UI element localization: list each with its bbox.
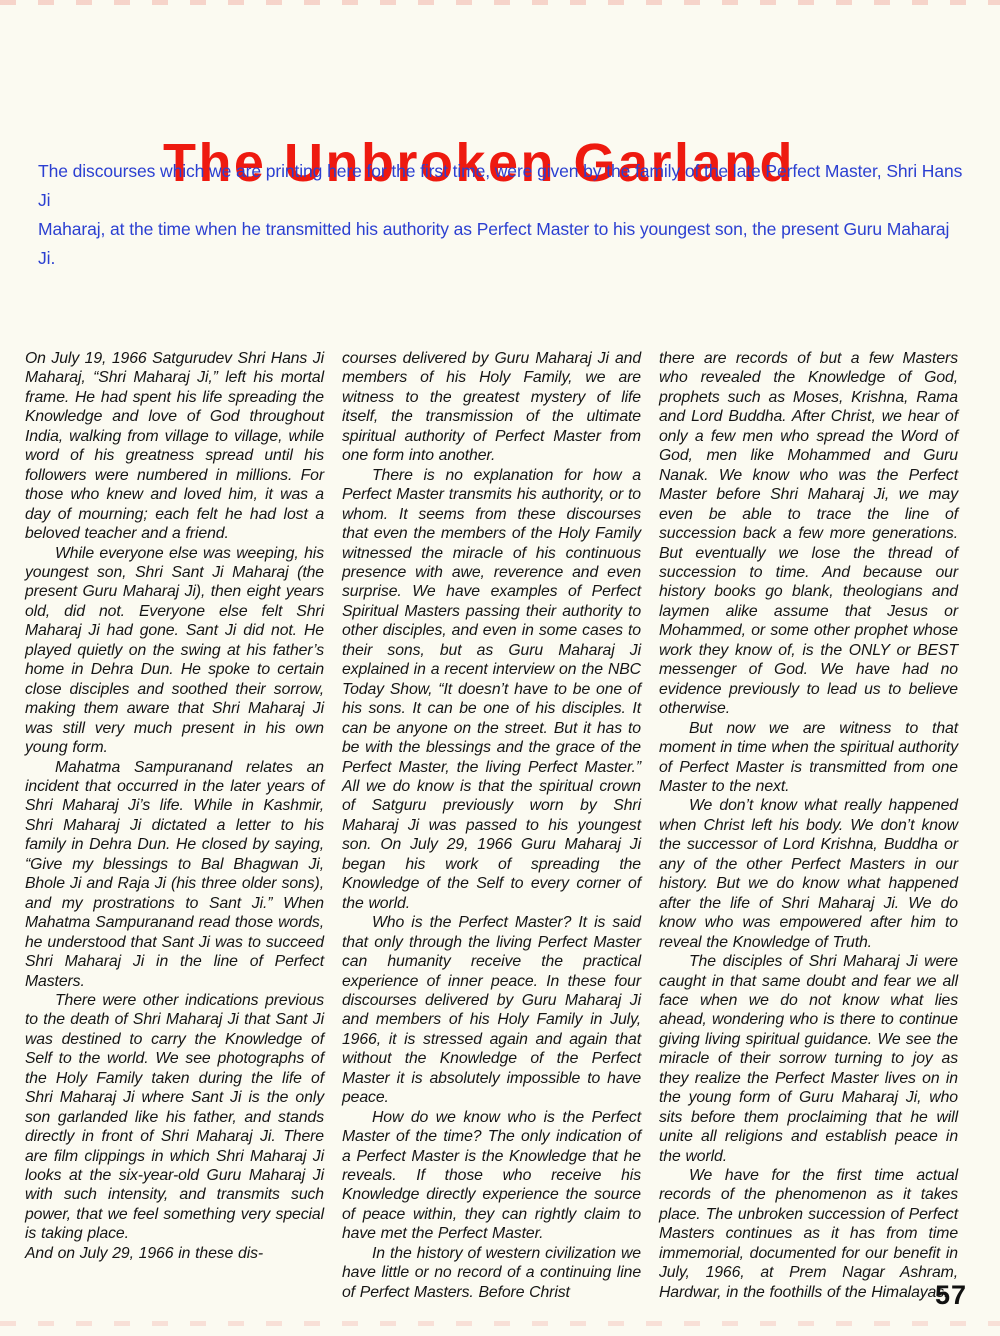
- paragraph: courses delivered by Guru Maharaj Ji and…: [342, 349, 641, 466]
- paragraph: While everyone else was weeping, his you…: [25, 544, 324, 758]
- paragraph: And on July 29, 1966 in these dis-: [25, 1244, 324, 1263]
- page-number: 57: [935, 1280, 967, 1311]
- paragraph: On July 19, 1966 Satgurudev Shri Hans Ji…: [25, 349, 324, 544]
- paragraph: There is no explanation for how a Perfec…: [342, 466, 641, 913]
- article-column-3: there are records of but a few Masters w…: [659, 349, 958, 1302]
- paragraph: there are records of but a few Masters w…: [659, 349, 958, 719]
- standfirst-line-2: Maharaj, at the time when he transmitted…: [38, 215, 964, 273]
- paragraph: There were other indications previous to…: [25, 991, 324, 1244]
- top-edge-print-marks: [0, 0, 1000, 5]
- article-standfirst: The discourses which we are printing her…: [38, 157, 964, 273]
- article-column-1: On July 19, 1966 Satgurudev Shri Hans Ji…: [25, 349, 324, 1302]
- paragraph: But now we are witness to that moment in…: [659, 719, 958, 797]
- paragraph: Who is the Perfect Master? It is said th…: [342, 913, 641, 1108]
- bottom-edge-print-marks: [0, 1321, 1000, 1326]
- paragraph: How do we know who is the Perfect Master…: [342, 1108, 641, 1244]
- paragraph: Mahatma Sampuranand relates an incident …: [25, 758, 324, 991]
- standfirst-line-1: The discourses which we are printing her…: [38, 157, 964, 215]
- paragraph: In the history of western civilization w…: [342, 1244, 641, 1302]
- article-column-2: courses delivered by Guru Maharaj Ji and…: [342, 349, 641, 1302]
- article-body: On July 19, 1966 Satgurudev Shri Hans Ji…: [25, 349, 960, 1302]
- paragraph: The disciples of Shri Maharaj Ji were ca…: [659, 952, 958, 1166]
- paragraph: We have for the first time actual record…: [659, 1166, 958, 1302]
- paragraph: We don’t know what really happened when …: [659, 796, 958, 952]
